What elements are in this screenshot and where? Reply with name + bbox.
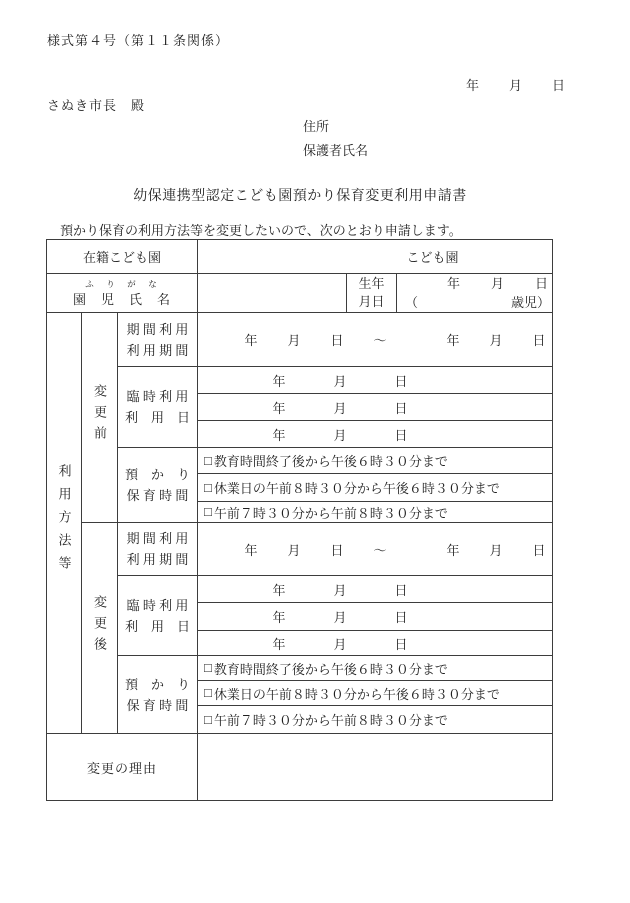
care-option-label: 休業日の午前８時３０分から午後６時３０分まで <box>214 478 500 497</box>
after-temp-use-label-cell: 臨 時 利 用 利 用 日 <box>118 576 198 656</box>
care-option-label: 教育時間終了後から午後６時３０分まで <box>214 659 448 678</box>
address-label: 住所 <box>303 116 329 135</box>
date-year: 年 <box>272 425 285 444</box>
age-suffix-label: 歳児） <box>511 293 550 312</box>
birthdate-label-line1: 生年 <box>347 275 396 293</box>
before-temp-date-cell-1[interactable]: 年 月 日 <box>198 367 553 394</box>
date-day: 日 <box>395 607 408 626</box>
child-name-label-cell: ふ り が な 園 児 氏 名 <box>47 274 198 313</box>
after-care-option-3: □ 午前７時３０分から午前８時３０分まで <box>198 706 553 734</box>
enrolled-garden-header: 在籍こども園 <box>47 240 198 274</box>
after-temp-date-cell-1[interactable]: 年 月 日 <box>198 576 553 603</box>
date-month: 月 <box>333 634 346 653</box>
range-year2: 年 <box>447 330 460 349</box>
range-year1: 年 <box>244 330 257 349</box>
date-month: 月 <box>333 607 346 626</box>
date-year: 年 <box>272 634 285 653</box>
reason-label-cell: 変更の理由 <box>47 734 198 801</box>
after-change-label: 変更後 <box>90 595 109 658</box>
range-month2: 月 <box>490 540 503 559</box>
temp-use-label-line2: 利 用 日 <box>118 616 197 637</box>
temp-use-label-line1: 臨 時 利 用 <box>118 595 197 616</box>
checkbox-icon[interactable]: □ <box>204 504 212 520</box>
garden-name-cell[interactable]: こども園 <box>198 240 553 274</box>
care-option-label: 教育時間終了後から午後６時３０分まで <box>214 451 448 470</box>
page-title: 幼保連携型認定こども園預かり保育変更利用申請書 <box>0 185 600 205</box>
temp-use-label-line1: 臨 時 利 用 <box>118 386 197 407</box>
date-day: 日 <box>395 398 408 417</box>
before-change-label-cell: 変更前 <box>82 313 118 523</box>
reason-input-cell[interactable] <box>198 734 553 801</box>
after-care-option-2: □ 休業日の午前８時３０分から午後６時３０分まで <box>198 681 553 706</box>
date-day: 日 <box>395 634 408 653</box>
after-period-range-cell[interactable]: 年 月 日 ～ 年 月 日 <box>198 523 553 576</box>
before-change-label: 変更前 <box>90 384 109 447</box>
date-year: 年 <box>272 371 285 390</box>
range-day2: 日 <box>533 540 546 559</box>
furigana-label: ふ り が な <box>47 277 197 291</box>
date-month: 月 <box>333 371 346 390</box>
date-day: 日 <box>395 580 408 599</box>
after-temp-date-cell-3[interactable]: 年 月 日 <box>198 631 553 656</box>
usage-method-label: 利用方法等 <box>55 464 74 579</box>
before-period-range-cell[interactable]: 年 月 日 ～ 年 月 日 <box>198 313 553 367</box>
birth-month-label: 月 <box>491 274 504 293</box>
child-name-input-cell[interactable] <box>198 274 347 313</box>
application-date-line: 年 月 日 <box>466 75 565 94</box>
range-month2: 月 <box>490 330 503 349</box>
range-month1: 月 <box>287 330 300 349</box>
age-paren-open: （ <box>405 293 418 312</box>
garden-suffix-label: こども園 <box>406 247 458 266</box>
period-use-label-line1: 期 間 利 用 <box>118 528 197 549</box>
period-use-label-line1: 期 間 利 用 <box>118 319 197 340</box>
child-name-label: 園 児 氏 名 <box>47 291 197 309</box>
birth-day-label: 日 <box>535 274 548 293</box>
date-month: 月 <box>333 398 346 417</box>
guardian-name-label: 保護者氏名 <box>303 140 368 159</box>
date-day: 日 <box>395 425 408 444</box>
after-change-label-cell: 変更後 <box>82 523 118 734</box>
date-month: 月 <box>333 425 346 444</box>
before-care-option-2: □ 休業日の午前８時３０分から午後６時３０分まで <box>198 474 553 502</box>
range-day1: 日 <box>330 330 343 349</box>
checkbox-icon[interactable]: □ <box>204 480 212 496</box>
care-time-label-line1: 預 か り <box>118 674 197 695</box>
after-period-use-label-cell: 期 間 利 用 利 用 期 間 <box>118 523 198 576</box>
checkbox-icon[interactable]: □ <box>204 453 212 469</box>
temp-use-label-line2: 利 用 日 <box>118 407 197 428</box>
birthdate-label-line2: 月日 <box>347 293 396 311</box>
date-day: 日 <box>395 371 408 390</box>
care-time-label-line2: 保 育 時 間 <box>118 695 197 716</box>
date-year: 年 <box>272 607 285 626</box>
before-temp-use-label-cell: 臨 時 利 用 利 用 日 <box>118 367 198 448</box>
date-year: 年 <box>272 398 285 417</box>
before-temp-date-cell-3[interactable]: 年 月 日 <box>198 421 553 448</box>
birthdate-value-cell[interactable]: 年 月 日 （ 歳児） <box>397 274 553 313</box>
date-year: 年 <box>272 580 285 599</box>
before-care-option-1: □ 教育時間終了後から午後６時３０分まで <box>198 448 553 474</box>
after-temp-date-cell-2[interactable]: 年 月 日 <box>198 603 553 631</box>
birth-year-label: 年 <box>447 274 460 293</box>
before-care-option-3: □ 午前７時３０分から午前８時３０分まで <box>198 502 553 523</box>
date-month: 月 <box>333 580 346 599</box>
care-time-label-line2: 保 育 時 間 <box>118 485 197 506</box>
range-month1: 月 <box>287 540 300 559</box>
application-table: 在籍こども園 こども園 ふ り が な 園 児 氏 名 生年 月日 年 月 日 <box>46 239 553 801</box>
care-time-label-line1: 預 か り <box>118 464 197 485</box>
care-option-label: 休業日の午前８時３０分から午後６時３０分まで <box>214 684 500 703</box>
before-period-use-label-cell: 期 間 利 用 利 用 期 間 <box>118 313 198 367</box>
after-care-time-label-cell: 預 か り 保 育 時 間 <box>118 656 198 734</box>
date-day-label: 日 <box>552 75 565 94</box>
range-day1: 日 <box>330 540 343 559</box>
intro-text: 預かり保育の利用方法等を変更したいので、次のとおり申請します。 <box>60 220 462 239</box>
form-number: 様式第４号（第１１条関係） <box>47 30 229 49</box>
date-year-label: 年 <box>466 75 479 94</box>
checkbox-icon[interactable]: □ <box>204 660 212 676</box>
after-care-option-1: □ 教育時間終了後から午後６時３０分まで <box>198 656 553 681</box>
care-option-label: 午前７時３０分から午前８時３０分まで <box>214 503 448 522</box>
range-year2: 年 <box>447 540 460 559</box>
checkbox-icon[interactable]: □ <box>204 685 212 701</box>
range-day2: 日 <box>533 330 546 349</box>
range-tilde: ～ <box>373 540 386 559</box>
checkbox-icon[interactable]: □ <box>204 712 212 728</box>
before-temp-date-cell-2[interactable]: 年 月 日 <box>198 394 553 421</box>
addressee: さぬき市長 殿 <box>47 95 145 114</box>
period-use-label-line2: 利 用 期 間 <box>118 340 197 361</box>
range-year1: 年 <box>244 540 257 559</box>
period-use-label-line2: 利 用 期 間 <box>118 549 197 570</box>
birthdate-label-cell: 生年 月日 <box>347 274 397 313</box>
range-tilde: ～ <box>373 330 386 349</box>
usage-method-label-cell: 利用方法等 <box>47 313 82 734</box>
before-care-time-label-cell: 預 か り 保 育 時 間 <box>118 448 198 523</box>
date-month-label: 月 <box>509 75 522 94</box>
care-option-label: 午前７時３０分から午前８時３０分まで <box>214 710 448 729</box>
